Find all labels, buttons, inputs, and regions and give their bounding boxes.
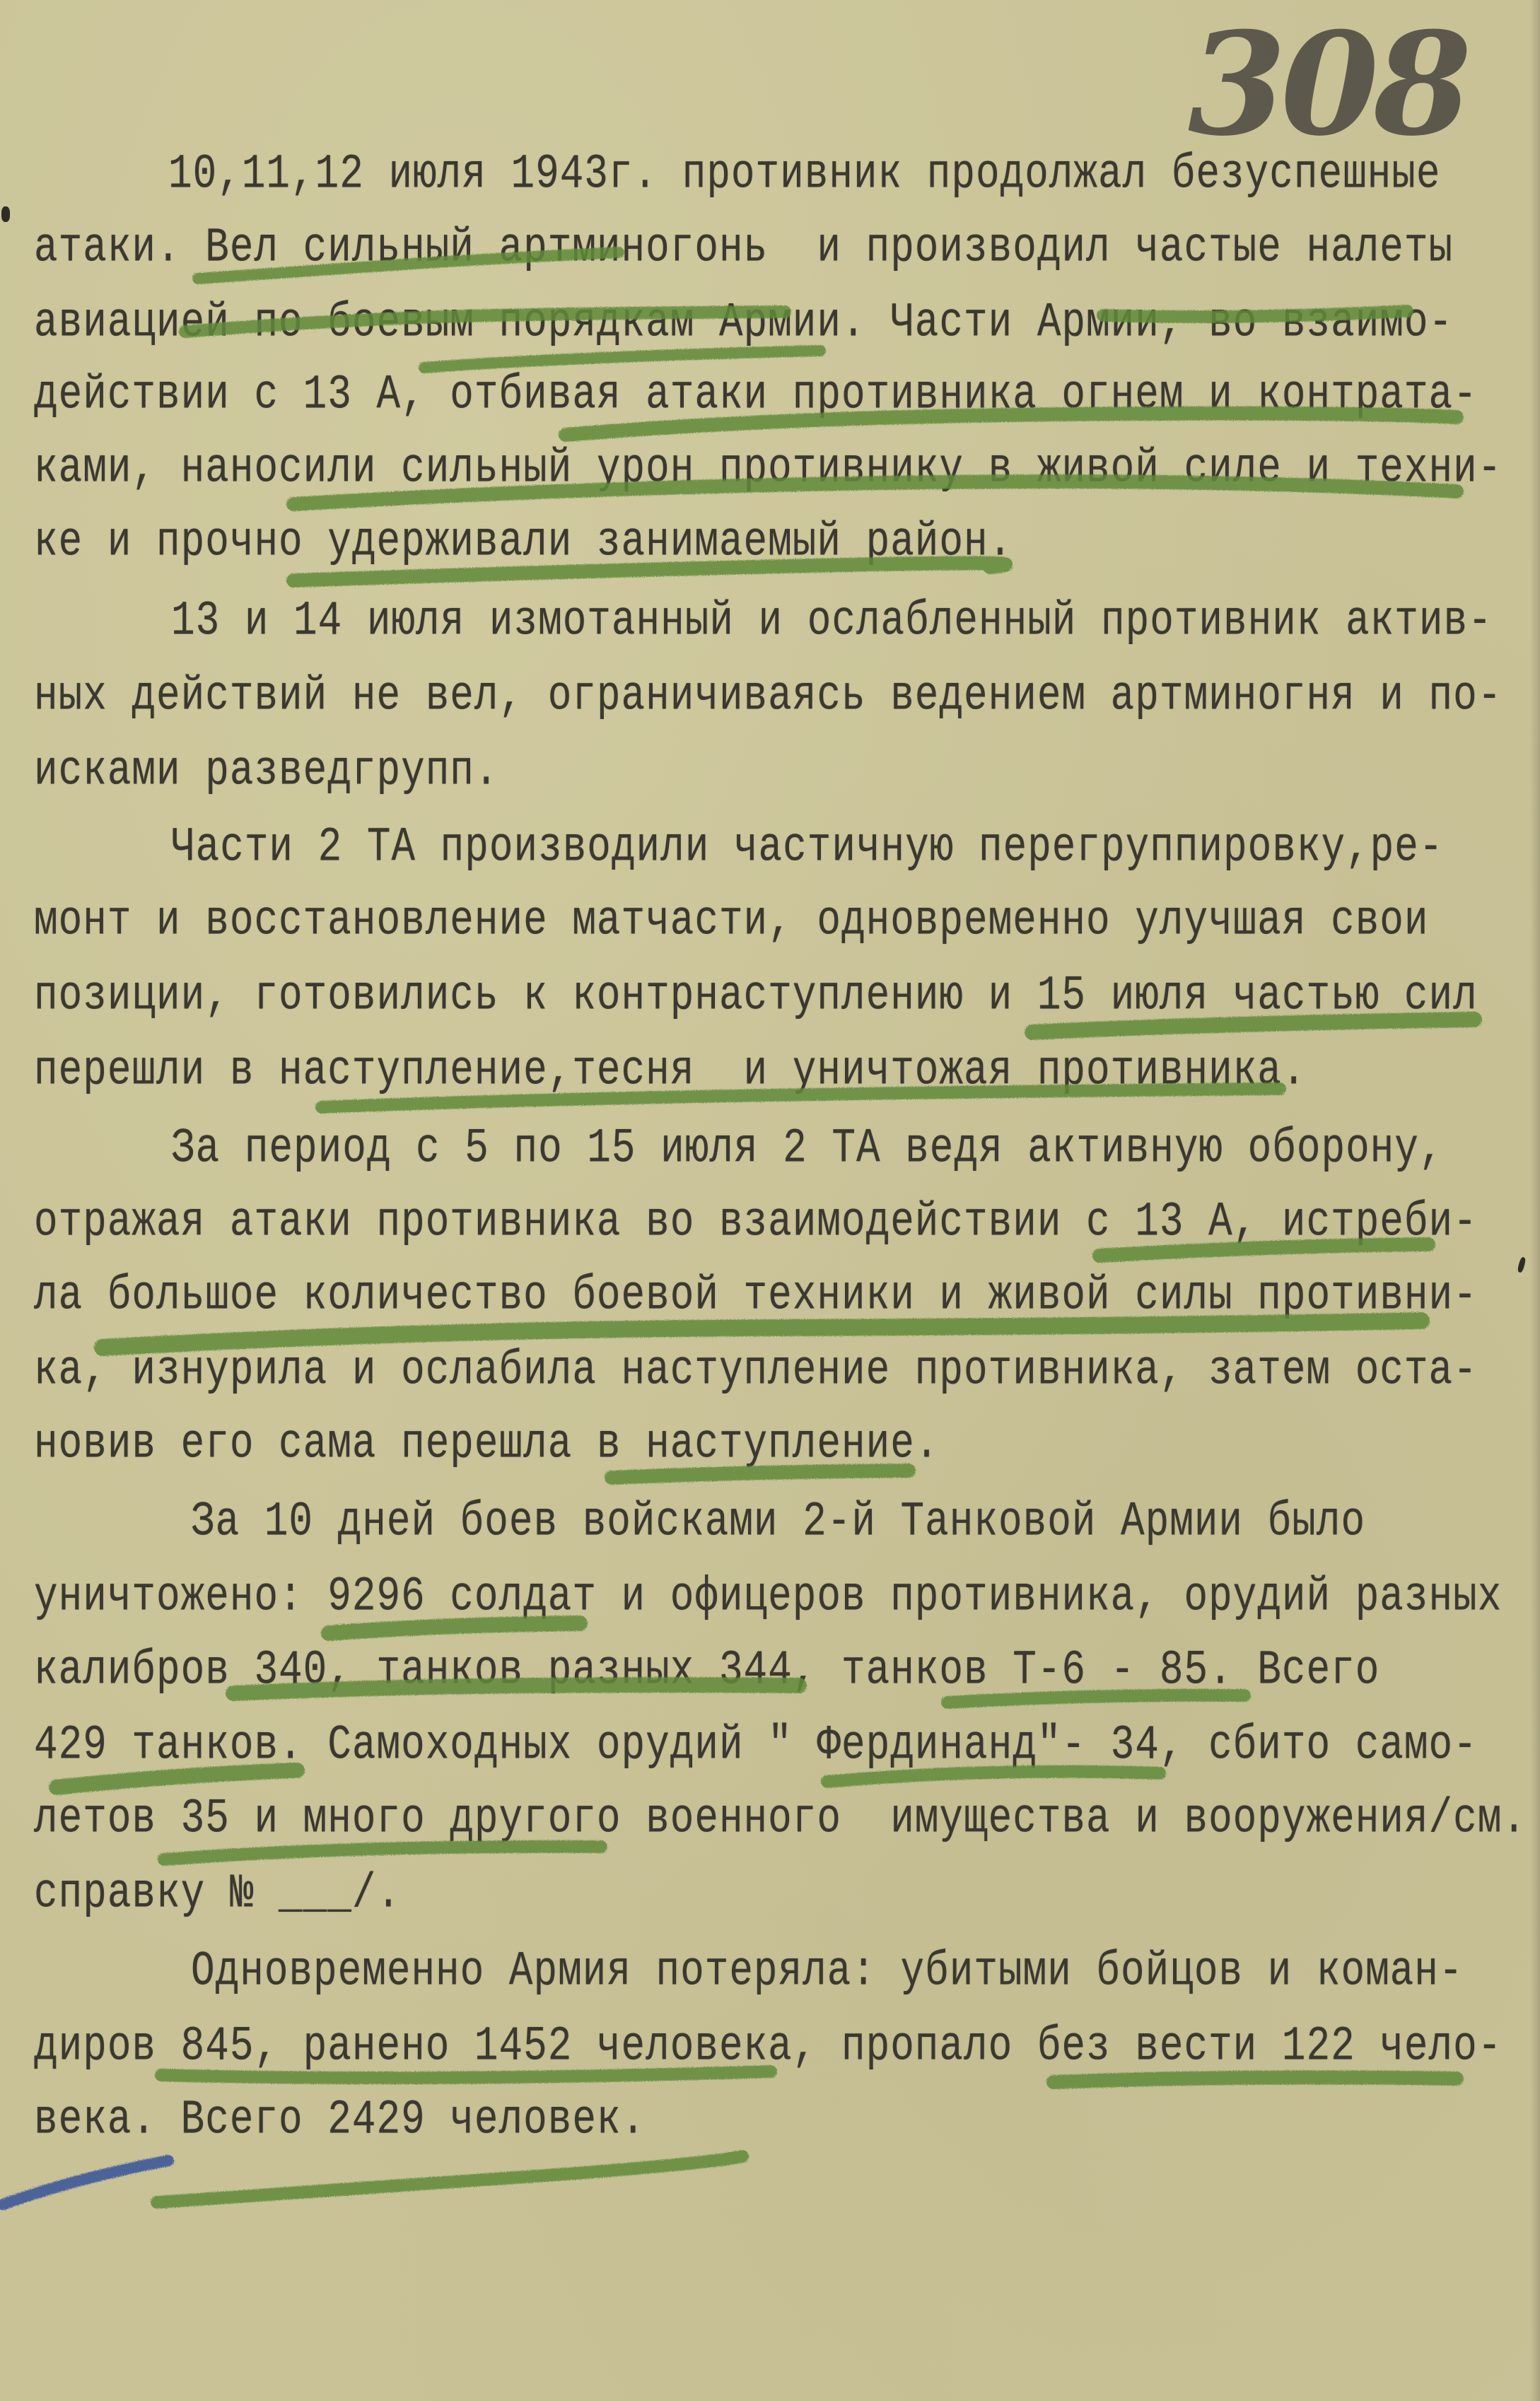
text-line-2: атаки. Вел сильный артминогонь и произво…: [34, 220, 1453, 275]
text-line-7: 13 и 14 июля измотанный и ослабленный пр…: [171, 593, 1493, 648]
text-line-19: За 10 дней боев войсками 2-й Танковой Ар…: [191, 1494, 1365, 1549]
text-line-15: отражая атаки противника во взаимодейств…: [34, 1194, 1478, 1249]
text-line-10: Части 2 ТА производили частичную перегру…: [171, 819, 1443, 875]
page-edge: [1530, 0, 1540, 2401]
text-line-23: летов 35 и много другого военного имущес…: [34, 1791, 1527, 1846]
ink-mark: [1517, 1256, 1526, 1273]
text-line-12: позиции, готовились к контрнаступлению и…: [34, 968, 1478, 1023]
text-line-27: века. Всего 2429 человек.: [34, 2092, 646, 2147]
text-line-17: ка, изнурила и ослабила наступление прот…: [34, 1343, 1478, 1398]
text-line-22: 429 танков. Самоходных орудий " Фердинан…: [34, 1717, 1478, 1772]
text-line-21: калибров 340, танков разных 344, танков …: [34, 1642, 1379, 1698]
text-line-5: ками, наносили сильный урон противнику в…: [34, 440, 1502, 496]
text-line-13: перешли в наступление,тесня и уничтожая …: [34, 1043, 1306, 1098]
text-line-11: монт и восстановление матчасти, одноврем…: [34, 893, 1429, 948]
text-line-3: авиацией по боевым порядкам Армии. Части…: [34, 295, 1453, 350]
handwritten-page-number: 308: [1188, 14, 1466, 156]
text-line-9: исками разведгрупп.: [34, 743, 499, 798]
text-line-20: уничтожено: 9296 солдат и офицеров проти…: [34, 1569, 1502, 1624]
text-line-26: диров 845, ранено 1452 человека, пропало…: [34, 2019, 1502, 2074]
text-line-6: ке и прочно удерживали занимаемый район.: [34, 514, 1013, 569]
text-line-4: действии с 13 А, отбивая атаки противник…: [34, 367, 1478, 422]
text-line-25: Одновременно Армия потеряла: убитыми бой…: [191, 1944, 1463, 1999]
text-line-24: справку № ___/.: [34, 1866, 401, 1921]
text-line-14: За период с 5 по 15 июля 2 ТА ведя актив…: [171, 1121, 1443, 1176]
text-line-16: ла большое количество боевой техники и ж…: [34, 1268, 1478, 1323]
ink-blot: [1, 206, 10, 222]
text-line-8: ных действий не вел, ограничиваясь веден…: [34, 668, 1502, 723]
text-line-1: 10,11,12 июля 1943г. противник продолжал…: [168, 146, 1440, 201]
text-line-18: новив его сама перешла в наступление.: [34, 1416, 939, 1471]
